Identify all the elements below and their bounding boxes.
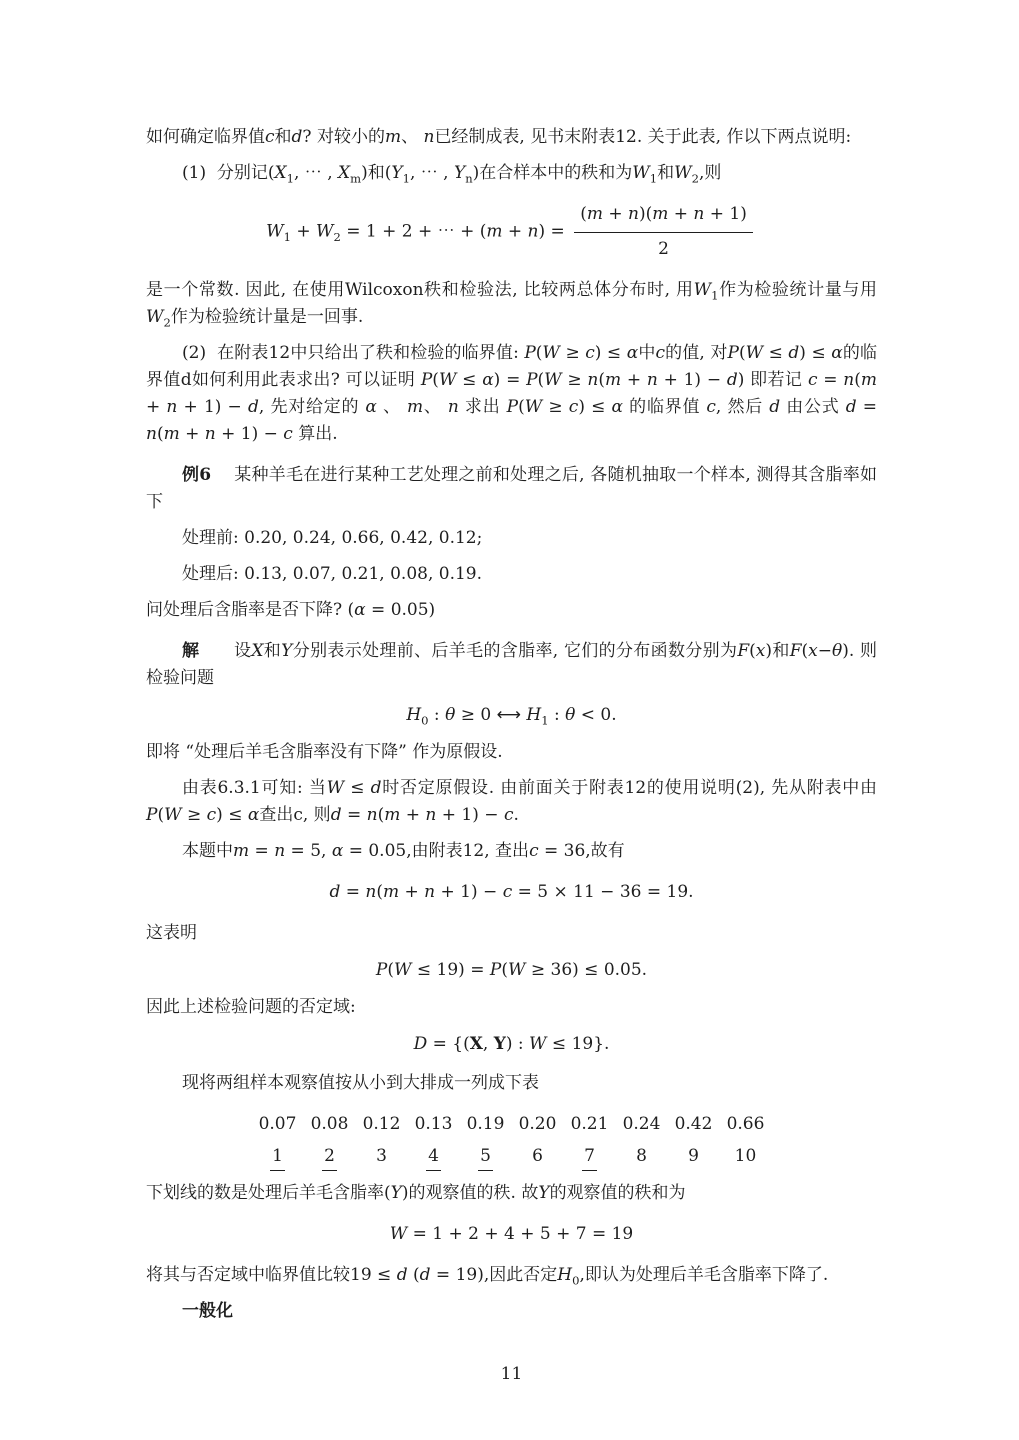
rank-table-column: 0.07 1 <box>252 1111 304 1171</box>
sample-value: 0.66 <box>720 1111 772 1138</box>
rank-number-underlined: 2 <box>322 1143 337 1171</box>
rank-table-column: 0.12 3 <box>356 1111 408 1171</box>
sample-value: 0.07 <box>252 1111 304 1138</box>
conclusion-paragraph: 将其与否定域中临界值比较19 ≤ d (d = 19),因此否定H0,即认为处理… <box>146 1262 877 1289</box>
arrange-note-line: 现将两组样本观察值按从小到大排成一列成下表 <box>146 1070 877 1097</box>
table-631-note-paragraph: 由表6.3.1可知: 当W ≤ d时否定原假设. 由前面关于附表12的使用说明(… <box>146 775 877 829</box>
sample-value: 0.24 <box>616 1111 668 1138</box>
rank-number: 9 <box>686 1143 701 1170</box>
sample-value: 0.42 <box>668 1111 720 1138</box>
rank-table-column: 0.20 6 <box>512 1111 564 1171</box>
rank-table-column: 0.13 4 <box>408 1111 460 1171</box>
sample-value: 0.20 <box>512 1111 564 1138</box>
formula-probability: P(W ≤ 19) = P(W ≥ 36) ≤ 0.05. <box>146 957 877 984</box>
rank-number-underlined: 1 <box>270 1143 285 1171</box>
this-problem-paragraph: 本题中m = n = 5, α = 0.05,由附表12, 查出c = 36,故… <box>146 838 877 865</box>
rank-number: 6 <box>530 1143 545 1170</box>
rank-table: 0.07 1 0.08 2 0.12 3 0.13 4 0.19 5 0.20 … <box>252 1111 772 1171</box>
constant-note-paragraph: 是一个常数. 因此, 在使用Wilcoxon秩和检验法, 比较两总体分布时, 用… <box>146 277 877 331</box>
solution-paragraph: 解 设X和Y分别表示处理前、后羊毛的含脂率, 它们的分布函数分别为F(x)和F(… <box>146 638 877 692</box>
rank-number-underlined: 7 <box>582 1143 597 1171</box>
after-treatment-data: 处理后: 0.13, 0.07, 0.21, 0.08, 0.19. <box>146 561 877 588</box>
before-treatment-data: 处理前: 0.20, 0.24, 0.66, 0.42, 0.12; <box>146 525 877 552</box>
sample-value: 0.21 <box>564 1111 616 1138</box>
rank-number: 3 <box>374 1143 389 1170</box>
formula-rank-total: W = 1 + 2 + 4 + 5 + 7 = 19 <box>146 1221 877 1248</box>
example-6-paragraph: 例6 某种羊毛在进行某种工艺处理之前和处理之后, 各随机抽取一个样本, 测得其含… <box>146 462 877 516</box>
sample-value: 0.13 <box>408 1111 460 1138</box>
this-shows-line: 这表明 <box>146 920 877 947</box>
intro-paragraph: 如何确定临界值c和d? 对较小的m、 n已经制成表, 见书末附表12. 关于此表… <box>146 124 877 151</box>
rank-table-column: 0.66 10 <box>720 1111 772 1171</box>
formula-hypotheses: H0 : θ ≥ 0 ⟷ H1 : θ < 0. <box>146 702 877 729</box>
underline-note-paragraph: 下划线的数是处理后羊毛含脂率(Y)的观察值的秩. 故Y的观察值的秩和为 <box>146 1180 877 1207</box>
rank-table-column: 0.08 2 <box>304 1111 356 1171</box>
sample-value: 0.12 <box>356 1111 408 1138</box>
formula-rejection-region: D = {(X, Y) : W ≤ 19}. <box>146 1031 877 1058</box>
document-page: 如何确定临界值c和d? 对较小的m、 n已经制成表, 见书末附表12. 关于此表… <box>0 0 1019 1440</box>
rank-table-column: 0.21 7 <box>564 1111 616 1171</box>
rank-number-underlined: 4 <box>426 1143 441 1171</box>
rank-number: 8 <box>634 1143 649 1170</box>
formula-rank-sum-identity: W1 + W2 = 1 + 2 + ⋯ + (m + n) = (m + n)(… <box>146 201 877 263</box>
formula-critical-value-d: d = n(m + n + 1) − c = 5 × 11 − 36 = 19. <box>146 879 877 906</box>
rank-number-underlined: 5 <box>478 1143 493 1171</box>
remark-2-paragraph: (2) 在附表12中只给出了秩和检验的临界值: P(W ≥ c) ≤ α中c的值… <box>146 340 877 448</box>
rank-table-column: 0.19 5 <box>460 1111 512 1171</box>
question-line: 问处理后含脂率是否下降? (α = 0.05) <box>146 597 877 624</box>
generalization-heading: 一般化 <box>146 1298 877 1325</box>
rank-number: 10 <box>733 1143 759 1170</box>
null-hypothesis-note: 即将 “处理后羊毛含脂率没有下降” 作为原假设. <box>146 739 877 766</box>
sample-value: 0.08 <box>304 1111 356 1138</box>
remark-1-paragraph: (1) 分别记(X1, ⋯ , Xm)和(Y1, ⋯ , Yn)在合样本中的秩和… <box>146 160 877 187</box>
rank-table-column: 0.24 8 <box>616 1111 668 1171</box>
page-number: 11 <box>146 1361 877 1388</box>
rejection-region-intro: 因此上述检验问题的否定域: <box>146 994 877 1021</box>
rank-table-column: 0.42 9 <box>668 1111 720 1171</box>
sample-value: 0.19 <box>460 1111 512 1138</box>
